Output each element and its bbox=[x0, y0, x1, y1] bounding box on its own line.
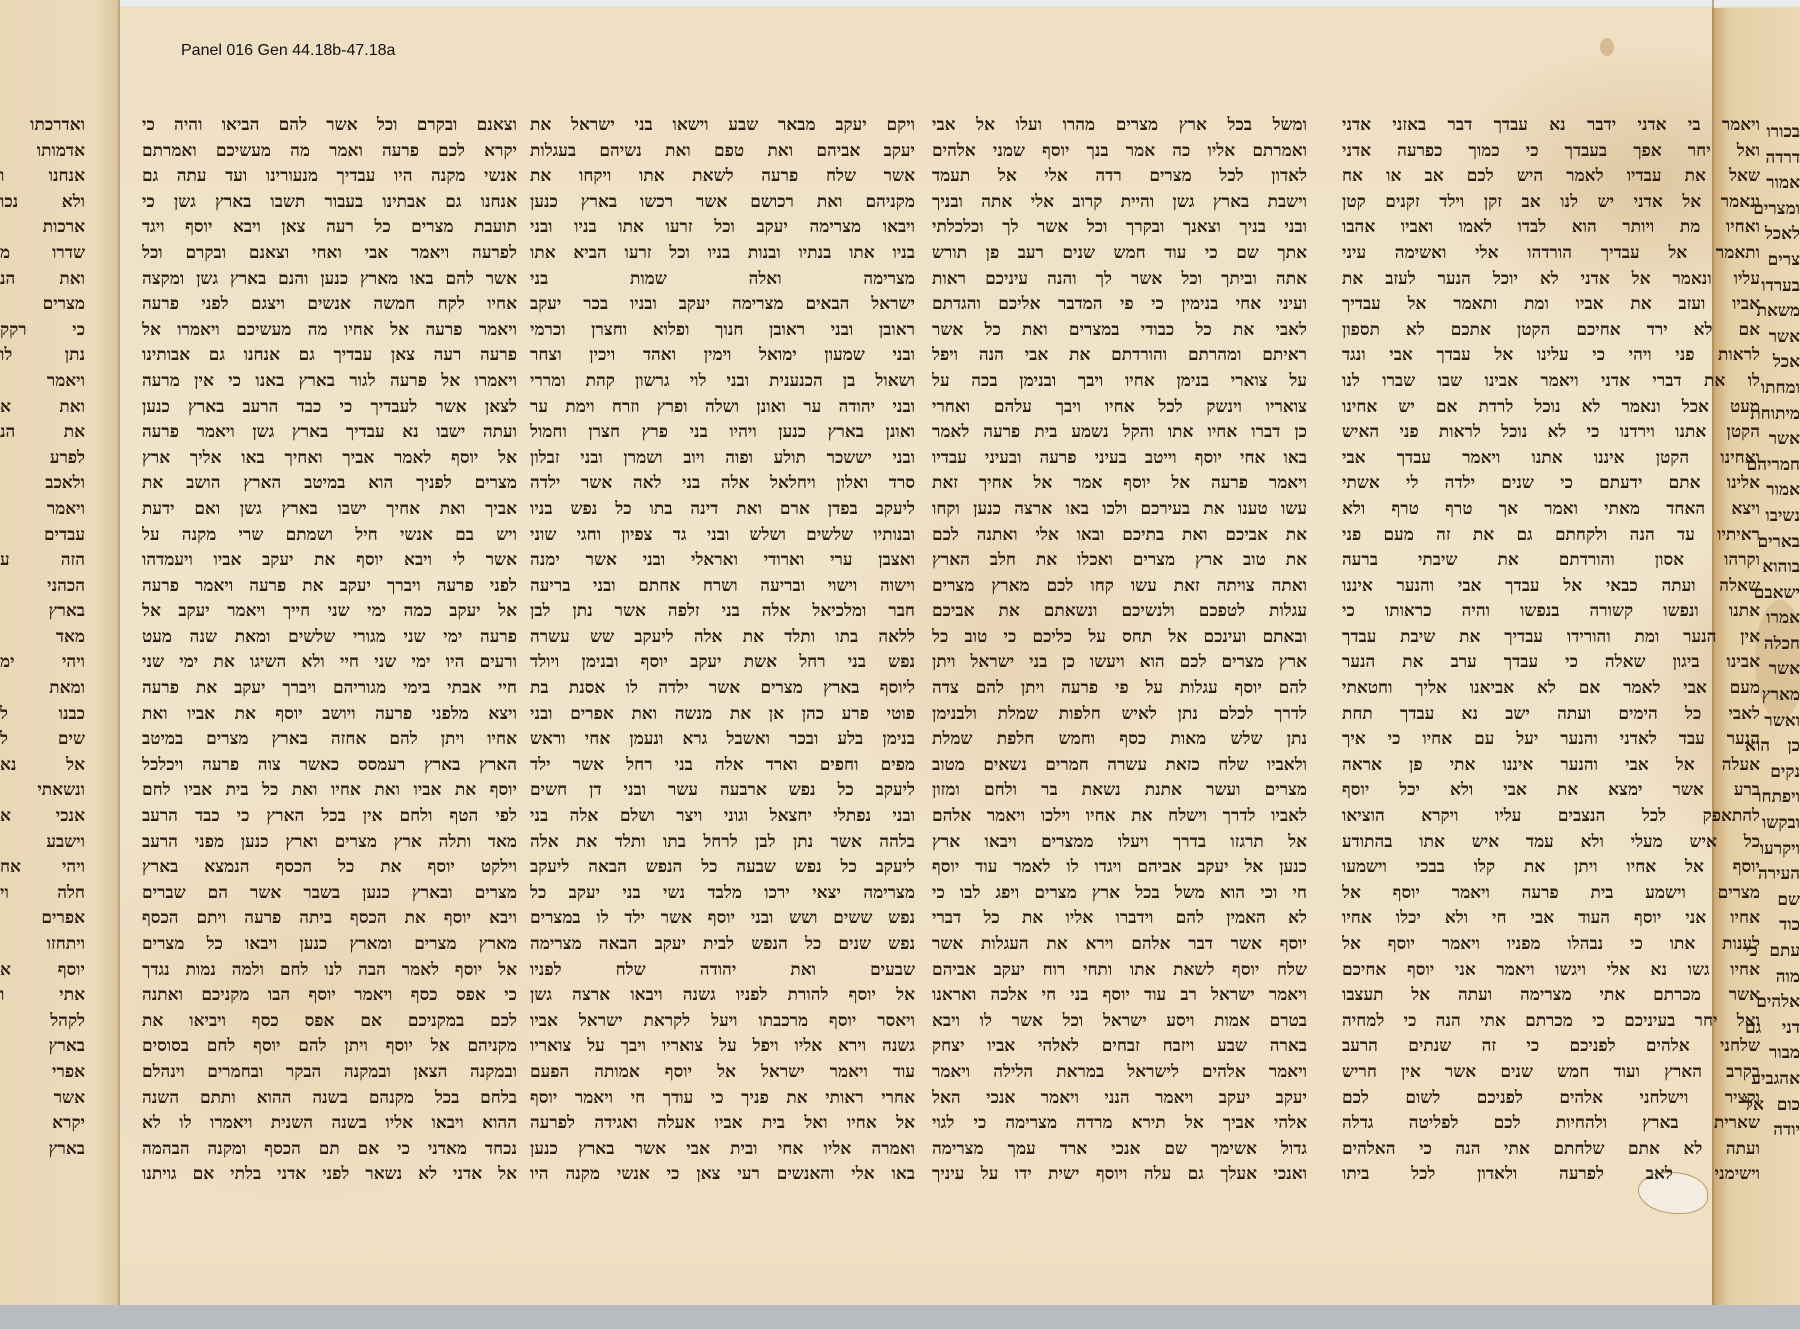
scroll-text-line: ויבא יוסף את הכסף ביתה פרעה ויתם הכסף bbox=[142, 906, 517, 932]
scroll-text-line: ואמרה אליו אחי ובית אבי אשר בארץ כנען bbox=[530, 1137, 915, 1163]
scroll-text-line: ויאמר אלהים לישראל במראת הלילה ויאמר bbox=[932, 1060, 1307, 1086]
scroll-text-line: ובני נפתלי יחצאל וגוני ויצר ושלם אלה בני bbox=[530, 804, 915, 830]
scroll-text-line: אל אדני לא נשאר לפני אדני בלתי אם גויתנו bbox=[142, 1162, 517, 1188]
scroll-text-line: לדרך לכלם נתן לאיש חלפות שמלת ולבנימן bbox=[932, 702, 1307, 728]
scroll-text-line: יוסף א bbox=[0, 958, 85, 984]
scroll-text-line: עתם כי bbox=[1745, 939, 1800, 965]
scroll-text-line: אחיו גשו נא אלי ויגשו ויאמר אני יוסף אחי… bbox=[1342, 958, 1760, 984]
scroll-text-line: בארים bbox=[1745, 530, 1800, 556]
scroll-text-line: מעם אבי לאמר אם לא אביאנו אליך וחטאתי bbox=[1342, 676, 1760, 702]
scroll-text-line: אלינו אתם ידעתם כי שנים ילדה לי אשתי bbox=[1342, 471, 1760, 497]
scroll-text-line: ראיתיו עד הנה ולקחתם גם את זה מעם פני bbox=[1342, 523, 1760, 549]
scroll-text-line: וקציר וישלחני אלהים לפניכם לשום לכם bbox=[1342, 1086, 1760, 1112]
stain bbox=[1600, 38, 1614, 56]
scroll-text-line: חמריהם bbox=[1745, 453, 1800, 479]
scroll-text-line: ישאבם bbox=[1745, 581, 1800, 607]
scroll-text-line: דני גם bbox=[1745, 1016, 1800, 1042]
scroll-text-line: אשר שלח פרעה לשאת אתו ויקחו את bbox=[530, 164, 915, 190]
scroll-text-line: יוסף את אביו ואת אחיו ואת כל בית אביו לח… bbox=[142, 778, 517, 804]
scroll-text-line: פרעה ימי שני מגורי שלשים ומאת שנה מעט bbox=[142, 625, 517, 651]
scroll-text-line: ואשר bbox=[1745, 709, 1800, 735]
scroll-text-line: בכורו bbox=[1745, 120, 1800, 146]
scroll-text-line: אחרי ראותי את פניך כי עודך חי ויאמר יוסף bbox=[530, 1086, 915, 1112]
scroll-text-line: מצרים לפניך הוא במיטב הארץ הושב את bbox=[142, 471, 517, 497]
scroll-text-line: את טוב ארץ מצרים ואכלו את חלב הארץ bbox=[932, 548, 1307, 574]
scroll-text-line: תועבת מצרים כל רעה צאן ויבא יוסף ויגד bbox=[142, 215, 517, 241]
scroll-text-line: אפרי bbox=[0, 1060, 85, 1086]
scroll-text-line: נקים bbox=[1745, 760, 1800, 786]
scroll-text-line: מצרים ובארץ כנען בשבר אשר הם שברים bbox=[142, 881, 517, 907]
scroll-text-line: אחיו ויתן להם אחזה בארץ מצרים במיטב bbox=[142, 727, 517, 753]
scroll-text-line: ויש בם אנשי חיל ושמתם שרי מקנה על bbox=[142, 523, 517, 549]
scroll-text-line: ויאמרו אל פרעה לגור בארץ באנו כי אין מרע… bbox=[142, 369, 517, 395]
scroll-text-line: נפש בני רחל אשת יעקב יוסף ובנימן ויולד bbox=[530, 650, 915, 676]
scroll-text-line: לכם במקניכם אם אפס כסף ויביאו את bbox=[142, 1009, 517, 1035]
scroll-text-line: בלהה אשר נתן לבן לרחל בתו ותלד את אלה bbox=[530, 830, 915, 856]
scroll-text-line: יעקב אביהם ואת טפם ואת נשיהם בעגלות bbox=[530, 139, 915, 165]
scroll-text-line: ויפתחו bbox=[1745, 785, 1800, 811]
scroll-text-line: ויאמר בי אדני ידבר נא עבדך דבר באזני אדנ… bbox=[1342, 113, 1760, 139]
scroll-text-line: חי וכי הוא משל בכל ארץ מצרים ויפג לבו כי bbox=[932, 881, 1307, 907]
scroll-text-line: ונשאתי bbox=[0, 778, 85, 804]
scroll-text-line: ויאמר פרעה אל אחיו מה מעשיכם ויאמרו אל bbox=[142, 318, 517, 344]
scroll-text-line: שדרו מ bbox=[0, 241, 85, 267]
scroll-text-line: באו אחי יוסף וייטב בעיני פרעה ובעיני עבד… bbox=[932, 446, 1307, 472]
scroll-text-line: את הנ bbox=[0, 420, 85, 446]
scroll-text-line: הכהני bbox=[0, 574, 85, 600]
scroll-text-line: לו את דברי אדני ויאמר אבינו שבו שברו לנו bbox=[1342, 369, 1760, 395]
panel-caption: Panel 016 Gen 44.18b-47.18a bbox=[181, 42, 395, 60]
scroll-text-line: מיתוחת bbox=[1745, 402, 1800, 428]
scroll-text-line: חכלה bbox=[1745, 632, 1800, 658]
scroll-text-line: בארץ bbox=[0, 1137, 85, 1163]
scroll-text-line: כבנו ל bbox=[0, 702, 85, 728]
scroll-text-line: וישבת בארץ גשן והיית קרוב אלי אתה ובניך bbox=[932, 190, 1307, 216]
scroll-text-line: עגלות לטפכם ולנשיכם ונשאתם את אביכם bbox=[932, 599, 1307, 625]
scroll-text-line: ויקרעו bbox=[1745, 837, 1800, 863]
scroll-text-line: בארץ bbox=[0, 1034, 85, 1060]
scroll-text-line: להתאפק לכל הנצבים עליו ויקרא הוציאו bbox=[1342, 804, 1760, 830]
scroll-text-line: אנחנו ו bbox=[0, 164, 85, 190]
scroll-text-line: ויתחזו bbox=[0, 932, 85, 958]
scroll-text-line: לפרע bbox=[0, 446, 85, 472]
scroll-text-line: ועתה לא אתם שלחתם אתי הנה כי האלהים bbox=[1342, 1137, 1760, 1163]
scroll-text-line: ולאביו שלח כזאת עשרה חמרים נשאים מטוב bbox=[932, 753, 1307, 779]
scroll-text-line: כנען אל יעקב אביהם ויגדו לו לאמר עוד יוס… bbox=[932, 855, 1307, 881]
scroll-text-line: ורעים היו ימי שני חיי ולא השיגו את ימי ש… bbox=[142, 650, 517, 676]
scroll-text-line: אל יוסף לאמר הבה לנו לחם ולמה נמות נגדך bbox=[142, 958, 517, 984]
scroll-text-line: וקרהו אסון והורדתם את שיבתי ברעה bbox=[1342, 548, 1760, 574]
scroll-text-line: ותאמר אל עבדיך הורדהו אלי ואשימה עיני bbox=[1342, 241, 1760, 267]
scroll-text-line: אתנו ונפשו קשורה בנפשו והיה כראותו כי bbox=[1342, 599, 1760, 625]
scroll-text-line: ליעקב כל נפש ארבעה עשר ובני דן חשים bbox=[530, 778, 915, 804]
scroll-text-line: נתן לו bbox=[0, 343, 85, 369]
scroll-text-line: אחיו אני יוסף העוד אבי חי ולא יכלו אחיו bbox=[1342, 906, 1760, 932]
sheet-seam-left bbox=[118, 0, 120, 1305]
scroll-text-line: ויהי ימ bbox=[0, 650, 85, 676]
scroll-text-line: כן הוא bbox=[1745, 734, 1800, 760]
scroll-text-line: ארץ מצרים לכם הוא ויעשו כן בני ישראל וית… bbox=[932, 650, 1307, 676]
scroll-text-line: לענות אתו כי נבהלו מפניו ויאמר יוסף אל bbox=[1342, 932, 1760, 958]
scroll-text-line: ויקם יעקב מבאר שבע וישאו בני ישראל את bbox=[530, 113, 915, 139]
scroll-text-line: העירה bbox=[1745, 862, 1800, 888]
scroll-text-line: ואנכי אעלך גם עלה ויוסף ישית ידו על עיני… bbox=[932, 1162, 1307, 1188]
scroll-text-line: ואתה צויתה זאת עשו קחו לכם מארץ מצרים bbox=[932, 574, 1307, 600]
text-column-3: ויקם יעקב מבאר שבע וישאו בני ישראל אתיעק… bbox=[530, 113, 915, 1203]
scroll-text-line: הקטן אתנו וירדנו כי לא נוכל לראות פני הא… bbox=[1342, 420, 1760, 446]
text-column-4: וצאנם ובקרם וכל אשר להם הביאו והיה כייקר… bbox=[142, 113, 517, 1203]
scroll-text-line: ובני יששכר תולע ופוה ויוב ושמרן ובני זבל… bbox=[530, 446, 915, 472]
scroll-text-line: ובני בניך וצאנך ובקרך וכל אשר לך וכלכלתי bbox=[932, 215, 1307, 241]
scroll-text-line: עשו טענו את בעירכם ולכו באו ארצה כנען וק… bbox=[932, 497, 1307, 523]
scroll-text-line: בארץ bbox=[0, 599, 85, 625]
scroll-text-line: ובני שמעון ימואל וימין ואהד ויכין וצחר bbox=[530, 343, 915, 369]
scroll-text-line: ויבאו מצרימה יעקב וכל זרעו אתו בניו ובני bbox=[530, 215, 915, 241]
scroll-text-line: חלה וי bbox=[0, 881, 85, 907]
scroll-panel: Panel 016 Gen 44.18b-47.18a ויאמר בי אדנ… bbox=[0, 0, 1800, 1305]
scroll-text-line: גשנה וירא אליו ויפל על צואריו ויבך על צו… bbox=[530, 1034, 915, 1060]
top-background-strip bbox=[0, 0, 1800, 6]
scroll-text-line: אשר להם באו מארץ כנען והנם בארץ גשן ומקצ… bbox=[142, 267, 517, 293]
scroll-text-line: שם bbox=[1745, 888, 1800, 914]
scroll-text-line: ואת א bbox=[0, 395, 85, 421]
scroll-text-line: כי רקק bbox=[0, 318, 85, 344]
scroll-text-line: כי אפס כסף ויאמר יוסף הבו מקניכם ואתנה bbox=[142, 983, 517, 1009]
scroll-text-line: ובאתם ועינכם אל תחס על כליכם כי טוב כל bbox=[932, 625, 1307, 651]
scroll-text-line: פרעה רעה צאן עבדיך גם אנחנו גם אבותינו bbox=[142, 343, 517, 369]
scroll-text-line: ויאמר bbox=[0, 497, 85, 523]
scroll-text-line: אלהים bbox=[1745, 990, 1800, 1016]
scroll-text-line: יעקב יעקב ויאמר הנני ויאמר אנכי האל bbox=[932, 1086, 1307, 1112]
scroll-text-line: ההוא ויבאו אליו בשנה השנית ויאמרו לו לא bbox=[142, 1111, 517, 1137]
scroll-text-line: אנכי א bbox=[0, 804, 85, 830]
scroll-text-line: אנחנו גם אבתינו בעבור תשבו בארץ גשן כי bbox=[142, 190, 517, 216]
scroll-text-line: אנשי מקנה היו עבדיך מנעורינו ועד עתה גם bbox=[142, 164, 517, 190]
scroll-text-line: לאכל bbox=[1745, 222, 1800, 248]
scroll-text-line: לצאן אשר לעבדיך כי כבד הרעב בארץ כנען bbox=[142, 395, 517, 421]
scroll-text-line: בקרב הארץ ועוד חמש שנים אשר אין חריש bbox=[1342, 1060, 1760, 1086]
scroll-text-line: ואל יחר בעיניכם כי מכרתם אתי הנה כי למחי… bbox=[1342, 1009, 1760, 1035]
scroll-text-line: את אביכם ואת בתיכם ובאו אלי ואתנה לכם bbox=[932, 523, 1307, 549]
scroll-text-line: וישימני לאב לפרעה ולאדון לכל ביתו bbox=[1342, 1162, 1760, 1188]
scroll-text-line: אתי ו bbox=[0, 983, 85, 1009]
scroll-text-line: פוטי פרע כהן אן את מנשה ואת אפרים ובני bbox=[530, 702, 915, 728]
scroll-text-line: שלח יוסף לשאת אתו ותחי רוח יעקב אביהם bbox=[932, 958, 1307, 984]
scroll-text-line: לפרעה ויאמר אבי ואחי וצאנם ובקרם וכל bbox=[142, 241, 517, 267]
scroll-text-line: אמור bbox=[1745, 478, 1800, 504]
scroll-text-line: אביך ואת אחיך ישבו בארץ גשן ואם ידעת bbox=[142, 497, 517, 523]
scroll-text-line: אמרו bbox=[1745, 606, 1800, 632]
partial-column-right: בכורודרדהאמורומצריםלאכלצריםבערדומשאתאשרא… bbox=[1745, 120, 1800, 1210]
scroll-text-line: מאד bbox=[0, 625, 85, 651]
scroll-text-line: מקניהם אל יוסף ויתן להם יוסף לחם בסוסים bbox=[142, 1034, 517, 1060]
scroll-text-line: יודה bbox=[1745, 1118, 1800, 1144]
scroll-text-line: כן דברו אחיו אתו והקל נשמע בית פרעה לאמר bbox=[932, 420, 1307, 446]
scroll-text-line: שאל את עבדיו לאמר היש לכם אב או אח bbox=[1342, 164, 1760, 190]
scroll-text-line: כום אל bbox=[1745, 1093, 1800, 1119]
scroll-text-line: ועתה ישבו נא עבדיך בארץ גשן ויאמר פרעה bbox=[142, 420, 517, 446]
scroll-text-line: ואחינו הקטן איננו אתנו ויאמר עבדך אבי bbox=[1342, 446, 1760, 472]
scroll-text-line: ויאסר יוסף מרכבתו ויעל לקראת ישראל אביו bbox=[530, 1009, 915, 1035]
scroll-text-line: בטרם אמות ויסע ישראל וכל אשר לו ויבא bbox=[932, 1009, 1307, 1035]
scroll-text-line: ואדרכתו bbox=[0, 113, 85, 139]
scroll-text-line: סרד ואלון ויחלאל אלה בני לאה אשר ילדה bbox=[530, 471, 915, 497]
scroll-text-line: צרים bbox=[1745, 248, 1800, 274]
scroll-text-line: ליעקב בפדן ארם ואת דינה בתו כל נפש בניו bbox=[530, 497, 915, 523]
scroll-text-line: ומאת bbox=[0, 676, 85, 702]
scroll-text-line: עוד ויאמר ישראל אל יוסף אמותה הפעם bbox=[530, 1060, 915, 1086]
scroll-text-line: חבר ומלכיאל אלה בני זלפה אשר נתן לבן bbox=[530, 599, 915, 625]
scroll-text-line: הזה ע bbox=[0, 548, 85, 574]
text-column-2: ומשל בכל ארץ מצרים מהרו ועלו אל אביואמרת… bbox=[932, 113, 1307, 1203]
scroll-text-line: אם לא ירד אחיכם הקטן אתכם לא תספון bbox=[1342, 318, 1760, 344]
scroll-text-line: אהגביע bbox=[1745, 1067, 1800, 1093]
scroll-text-line: וצאנם ובקרם וכל אשר להם הביאו והיה כי bbox=[142, 113, 517, 139]
scroll-text-line: אתה וביתך וכל אשר לך והנה עיניכם ראות bbox=[932, 267, 1307, 293]
scroll-text-line: ויהי אח bbox=[0, 855, 85, 881]
scroll-text-line: יוסף אשר דבר אלהם וירא את העגלות אשר bbox=[932, 932, 1307, 958]
scroll-text-line: ויאמר פרעה אל יוסף אמר אל אחיך זאת bbox=[932, 471, 1307, 497]
scroll-text-line: נתן שלש מאות כסף וחמש חלפת שמלת bbox=[932, 727, 1307, 753]
scroll-text-line: בארה שבע ויזבח זבחים לאלהי אביו יצחק bbox=[932, 1034, 1307, 1060]
scroll-text-line: ומשל בכל ארץ מצרים מהרו ועלו אל אבי bbox=[932, 113, 1307, 139]
scroll-text-line: ויאמר bbox=[0, 369, 85, 395]
scroll-text-line: צואריו וינשק לכל אחיו ויבך עלהם ואחרי bbox=[932, 395, 1307, 421]
scroll-text-line: אפרים bbox=[0, 906, 85, 932]
scroll-text-line: בניו אתו בנתיו ובנות בניו וכל זרעו הביא … bbox=[530, 241, 915, 267]
scroll-text-line: ראובן ובני ראובן חנוך ופלוא וחצרן וכרמי bbox=[530, 318, 915, 344]
scroll-text-line: ובקשו bbox=[1745, 811, 1800, 837]
scroll-text-line: להם יוסף עגלות על פי פרעה ויתן להם צדה bbox=[932, 676, 1307, 702]
scroll-text-line: אל תרגזו בדרך ויעלו ממצרים ויבאו ארץ bbox=[932, 830, 1307, 856]
scroll-text-line: ליוסף בארץ מצרים אשר ילדה לו אסנת בת bbox=[530, 676, 915, 702]
scroll-text-line: מארץ bbox=[1745, 683, 1800, 709]
scroll-text-line: אין הנער ומת והורידו עבדיך את שיבת עבדך bbox=[1342, 625, 1760, 651]
scroll-text-line: מצרימה ואלה שמות בני bbox=[530, 267, 915, 293]
scroll-text-line: אעלה אל אבי והנער איננו אתי פן אראה bbox=[1342, 753, 1760, 779]
scroll-text-line: לאבי את כל כבודי במצרים ואת כל אשר bbox=[932, 318, 1307, 344]
scroll-text-line: ליעקב כל נפש שבעה כל הנפש הבאה ליעקב bbox=[530, 855, 915, 881]
scroll-text-line: לאביו לדרך וישלח את אחיו וילכו ויאמר אלה… bbox=[932, 804, 1307, 830]
scroll-text-line: נפש ששים ושש ובני יוסף אשר ילד לו במצרים bbox=[530, 906, 915, 932]
scroll-text-line: אכל bbox=[1745, 350, 1800, 376]
scroll-text-line: עבדים bbox=[0, 523, 85, 549]
scroll-text-line: נשיבו bbox=[1745, 504, 1800, 530]
scroll-text-line: מוה bbox=[1745, 965, 1800, 991]
scroll-text-line: וישוה וישוי ובריעה ושרח אחתם ובני בריעה bbox=[530, 574, 915, 600]
scroll-text-line: ראיתם ומהרתם והורדתם את אבי הנה ויפל bbox=[932, 343, 1307, 369]
scroll-text-line: לקהל bbox=[0, 1009, 85, 1035]
scroll-text-line: אל יוסף להורת לפניו גשנה ויבאו ארצה גשן bbox=[530, 983, 915, 1009]
scroll-text-line: ובמקנה הצאן ובמקנה הבקר ובחמרים וינהלם bbox=[142, 1060, 517, 1086]
scroll-text-line: אל יעקב כמה ימי שני חייך ויאמר יעקב אל bbox=[142, 599, 517, 625]
scroll-text-line: יקרא bbox=[0, 1111, 85, 1137]
scroll-text-line: ויצא מלפני פרעה ויושב יוסף את אביו ואת bbox=[142, 702, 517, 728]
scroll-text-line: ולאכב bbox=[0, 471, 85, 497]
scroll-text-line: משאת bbox=[1745, 299, 1800, 325]
scroll-text-line: נפש שנים כל הנפש לבית יעקב הבאה מצרימה bbox=[530, 932, 915, 958]
scroll-text-line: ומצרים bbox=[1745, 197, 1800, 223]
scroll-text-line: מקניהם ואת רכושם אשר רכשו בארץ כנען bbox=[530, 190, 915, 216]
scroll-text-line: שים ל bbox=[0, 727, 85, 753]
scroll-text-line: אשר bbox=[1745, 657, 1800, 683]
scroll-text-line: לפי הטף ולחם אין בכל הארץ כי כבד הרעב bbox=[142, 804, 517, 830]
scroll-text-line: בלחם בכל מקנהם בשנה ההוא ותתם השנה bbox=[142, 1086, 517, 1112]
scroll-text-line: וישבע bbox=[0, 830, 85, 856]
scroll-text-line: ואחיו מת ויותר הוא לבדו לאמו ואביו אהבו bbox=[1342, 215, 1760, 241]
scroll-text-line: ישראל הבאים מצרימה יעקב ובניו בכר יעקב bbox=[530, 292, 915, 318]
scroll-text-line: יוסף אל אחיו ויתן את קלו בבכי וישמעו bbox=[1342, 855, 1760, 881]
scroll-text-line: ונאמר אל אדני יש לנו אב זקן וילד זקנים ק… bbox=[1342, 190, 1760, 216]
scroll-text-line: מפים וחפים וארד אלה בני רחל אשר ילד bbox=[530, 753, 915, 779]
scroll-text-line: אמור bbox=[1745, 171, 1800, 197]
scroll-text-line: אבינו ביגון שאלה כי עבדך ערב את הנער bbox=[1342, 650, 1760, 676]
scroll-text-line: ואמרתם אליו כה אמר בנך יוסף שמני אלהים bbox=[932, 139, 1307, 165]
scroll-text-line: אשר bbox=[1745, 427, 1800, 453]
scroll-text-line: ויאמר ישראל רב עוד יוסף בני חי אלכה וארא… bbox=[932, 983, 1307, 1009]
scroll-text-line: מצרימה יצאי ירכו מלבד נשי בני יעקב כל bbox=[530, 881, 915, 907]
scroll-text-line: אל יוסף לאמר אביך ואחיך באו אליך ארץ bbox=[142, 446, 517, 472]
scroll-text-line: מצרים וישמע בית פרעה ויאמר יוסף אל bbox=[1342, 881, 1760, 907]
scroll-text-line: ולא נכו bbox=[0, 190, 85, 216]
scroll-text-line: מעט אכל ונאמר לא נוכל לרדת אם יש אחינו bbox=[1342, 395, 1760, 421]
scroll-text-line: אל נא bbox=[0, 753, 85, 779]
scroll-text-line: כוד bbox=[1745, 913, 1800, 939]
scroll-text-line: מבור bbox=[1745, 1041, 1800, 1067]
scroll-text-line: מארץ מצרים ומארץ כנען ויבאו כל מצרים bbox=[142, 932, 517, 958]
scroll-text-line: אלהי אביך אל תירא מרדה מצרימה כי לגוי bbox=[932, 1111, 1307, 1137]
scroll-text-line: הנער עבד לאדני והנער יעל עם אחיו כי איך bbox=[1342, 727, 1760, 753]
scroll-text-line: שארית בארץ ולהחיות לכם לפליטה גדלה bbox=[1342, 1111, 1760, 1137]
scroll-text-line: אביו ועזב את אביו ומת ותאמר אל עבדיך bbox=[1342, 292, 1760, 318]
scroll-text-line: מצרים bbox=[0, 292, 85, 318]
scroll-text-line: מצרים ועשר אתנת נשאת בר ולחם ומזון bbox=[932, 778, 1307, 804]
scroll-text-line: על צוארי בנימן אחיו ויבך ובנימן בכה על bbox=[932, 369, 1307, 395]
scroll-text-line: ואצבן ערי וארודי ואראלי ובני אשר ימנה bbox=[530, 548, 915, 574]
scroll-text-line: הארץ בארץ רעמסס כאשר צוה פרעה ויכלכל bbox=[142, 753, 517, 779]
scroll-text-line: לראות פני ויהי כי עלינו אל עבדך אבי ונגד bbox=[1342, 343, 1760, 369]
scroll-text-line: חיי אבתי בימי מגוריהם ויברך יעקב את פרעה bbox=[142, 676, 517, 702]
scroll-text-line: לפני פרעה ויברך יעקב את פרעה ויאמר פרעה bbox=[142, 574, 517, 600]
scroll-text-line: ובנותיו שלשים ושלש ובני גד צפיון וחגי שו… bbox=[530, 523, 915, 549]
scroll-text-line: ועיני אחי בנימין כי פי המדבר אליכם והגדת… bbox=[932, 292, 1307, 318]
scroll-text-line: ואת הנ bbox=[0, 267, 85, 293]
scroll-text-line: אחיו לקח חמשה אנשים ויצגם לפני פרעה bbox=[142, 292, 517, 318]
scroll-text-line: אשר bbox=[1745, 325, 1800, 351]
scroll-text-line: שאלה ועתה כבאי אל עבדך אבי והנער איננו bbox=[1342, 574, 1760, 600]
scroll-text-line: כל איש מעלי ולא עמד איש אתו בהתודע bbox=[1342, 830, 1760, 856]
scroll-text-line: לאבי כל הימים ועתה ישב נא עבדך תחת bbox=[1342, 702, 1760, 728]
partial-column-left: ואדרכתואדמותואנחנו וולא נכוארכותשדרו מוא… bbox=[0, 113, 85, 1203]
scroll-text-line: ומחתו bbox=[1745, 376, 1800, 402]
scroll-text-line: וילקט יוסף את כל הכסף הנמצא בארץ bbox=[142, 855, 517, 881]
scroll-text-line: עליו ונאמר אל אדני לא יוכל הנער לעזב את bbox=[1342, 267, 1760, 293]
scroll-text-line: ובני יהודה ער ואונן ושלה ופרץ וזרח וימת … bbox=[530, 395, 915, 421]
scroll-text-line: שבעים ואת יהודה שלח לפניו bbox=[530, 958, 915, 984]
scroll-text-line: מאד ותלה ארץ מצרים וארץ כנען מפני הרעב bbox=[142, 830, 517, 856]
scroll-text-line: ושאול בן הכנענית ובני לוי גרשון קהת ומרר… bbox=[530, 369, 915, 395]
scroll-text-line: אשר bbox=[0, 1086, 85, 1112]
scroll-text-line: נכחד מאדני כי אם תם הכסף ומקנה הבהמה bbox=[142, 1137, 517, 1163]
scroll-text-line: אשר מכרתם אתי מצרימה ועתה אל תעצבו bbox=[1342, 983, 1760, 1009]
scroll-text-line: לא האמין להם וידברו אליו את כל דברי bbox=[932, 906, 1307, 932]
scroll-text-line: בערדו bbox=[1745, 274, 1800, 300]
scroll-text-line: אל אחיו ואל בית אביו אעלה ואגידה לפרעה bbox=[530, 1111, 915, 1137]
scroll-text-line: דרדה bbox=[1745, 146, 1800, 172]
scroll-text-line: ארכות bbox=[0, 215, 85, 241]
scroll-text-line: באו אלי והאנשים רעי צאן כי אנשי מקנה היו bbox=[530, 1162, 915, 1188]
scroll-text-line: שלחני אלהים לפניכם כי זה שנתים הרעב bbox=[1342, 1034, 1760, 1060]
text-column-1: ויאמר בי אדני ידבר נא עבדך דבר באזני אדנ… bbox=[1342, 113, 1760, 1203]
scroll-text-line: בוהוא bbox=[1745, 555, 1800, 581]
scroll-text-line: ויצא האחד מאתי ואמר אך טרף טרף ולא bbox=[1342, 497, 1760, 523]
scroll-text-line: לאדון לכל מצרים רדה אלי אל תעמד bbox=[932, 164, 1307, 190]
scroll-text-line: ברע אשר ימצא את אבי ולא יכל יוסף bbox=[1342, 778, 1760, 804]
scroll-text-line: ואונן בארץ כנען ויהיו בני פרץ חצרן וחמול bbox=[530, 420, 915, 446]
scroll-text-line: ואל יחר אפך בעבדך כי כמוך כפרעה אדני bbox=[1342, 139, 1760, 165]
scroll-text-line: גדול אשימך שם אנכי ארד עמך מצרימה bbox=[932, 1137, 1307, 1163]
scroll-text-line: בנימן בלע ובכר ואשבל גרא ונעמן אחי וראש bbox=[530, 727, 915, 753]
scroll-text-line: אשר לי ויבא יוסף את יעקב אביו ויעמדהו bbox=[142, 548, 517, 574]
scroll-text-line: אדמותו bbox=[0, 139, 85, 165]
scroll-text-line: ללאה בתו ותלד את אלה ליעקב שש עשרה bbox=[530, 625, 915, 651]
scroll-text-line: יקרא לכם פרעה ואמר מה מעשיכם ואמרתם bbox=[142, 139, 517, 165]
scroll-text-line: אתך שם כי עוד חמש שנים רעב פן תורש bbox=[932, 241, 1307, 267]
